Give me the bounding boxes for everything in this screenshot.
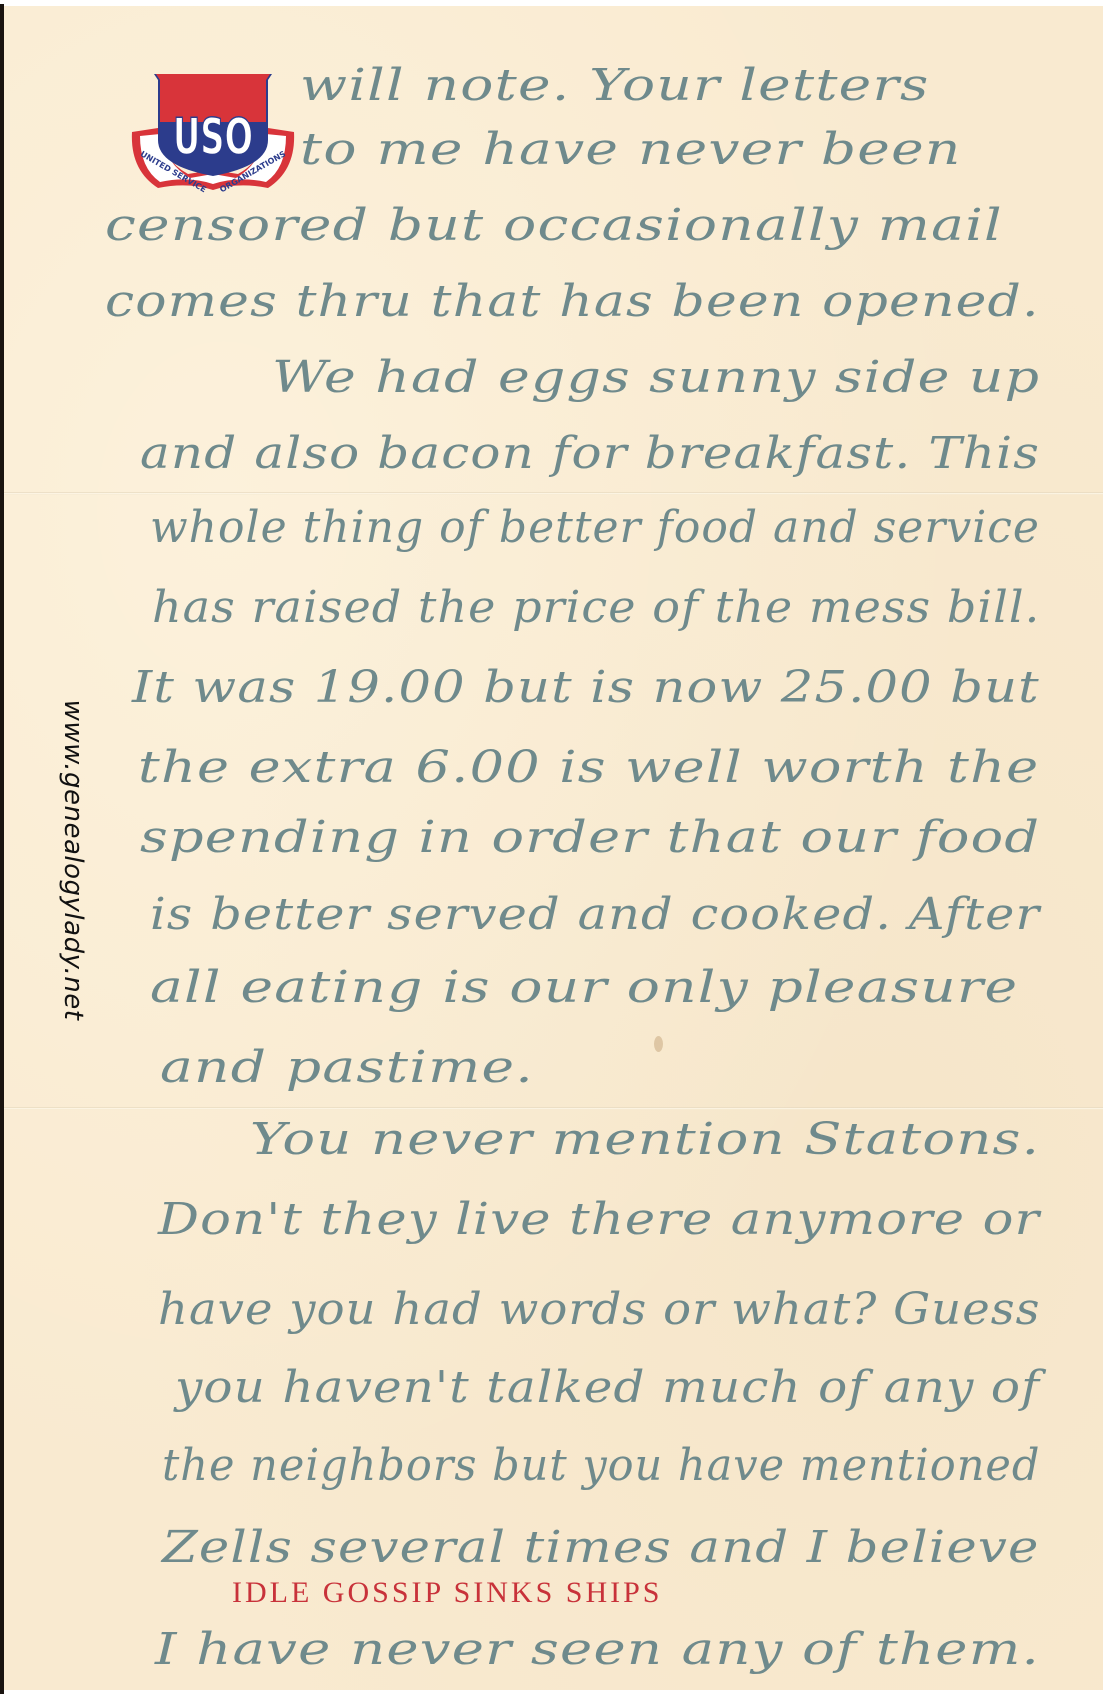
handwritten-line: We had eggs sunny side up [272, 352, 1040, 403]
handwritten-line: whole thing of better food and service [150, 502, 1040, 553]
watermark-text: www.genealogylady.net [58, 700, 88, 1021]
handwritten-line: You never mention Statons. [250, 1114, 1040, 1165]
handwritten-line: has raised the price of the mess bill. [152, 582, 1040, 633]
handwritten-line: spending in order that our food [140, 812, 1040, 863]
handwritten-line: the extra 6.00 is well worth the [138, 742, 1039, 793]
handwritten-line: the neighbors but you have mentioned [162, 1440, 1040, 1491]
svg-text:USO: USO [173, 108, 253, 166]
handwritten-line: It was 19.00 but is now 25.00 but [132, 662, 1040, 713]
handwritten-line: and pastime. [160, 1042, 534, 1093]
fold-crease [4, 1107, 1103, 1110]
footer-slogan: IDLE GOSSIP SINKS SHIPS [232, 1576, 662, 1610]
handwritten-line: Zells several times and I believe [162, 1522, 1040, 1573]
handwritten-line: all eating is our only pleasure [150, 962, 1018, 1013]
handwritten-line: I have never seen any of them. [155, 1624, 1040, 1675]
paper-stain [654, 1036, 663, 1052]
fold-crease [4, 492, 1103, 495]
watermark: www.genealogylady.net [58, 680, 88, 1040]
handwritten-line: and also bacon for breakfast. This [140, 428, 1040, 479]
handwritten-line: is better served and cooked. After [150, 889, 1040, 940]
handwritten-line: comes thru that has been opened. [105, 276, 1040, 327]
handwritten-line: have you had words or what? Guess [158, 1284, 1040, 1335]
handwritten-line: Don't they live there anymore or [158, 1194, 1040, 1245]
handwritten-line: censored but occasionally mail [105, 200, 1003, 251]
uso-logo-icon: USO UNITED SERVICE ORGANIZATIONS [128, 70, 298, 194]
handwritten-line: you haven't talked much of any of [175, 1362, 1040, 1413]
handwritten-line: to me have never been [300, 124, 962, 175]
handwritten-line: will note. Your letters [300, 60, 929, 111]
